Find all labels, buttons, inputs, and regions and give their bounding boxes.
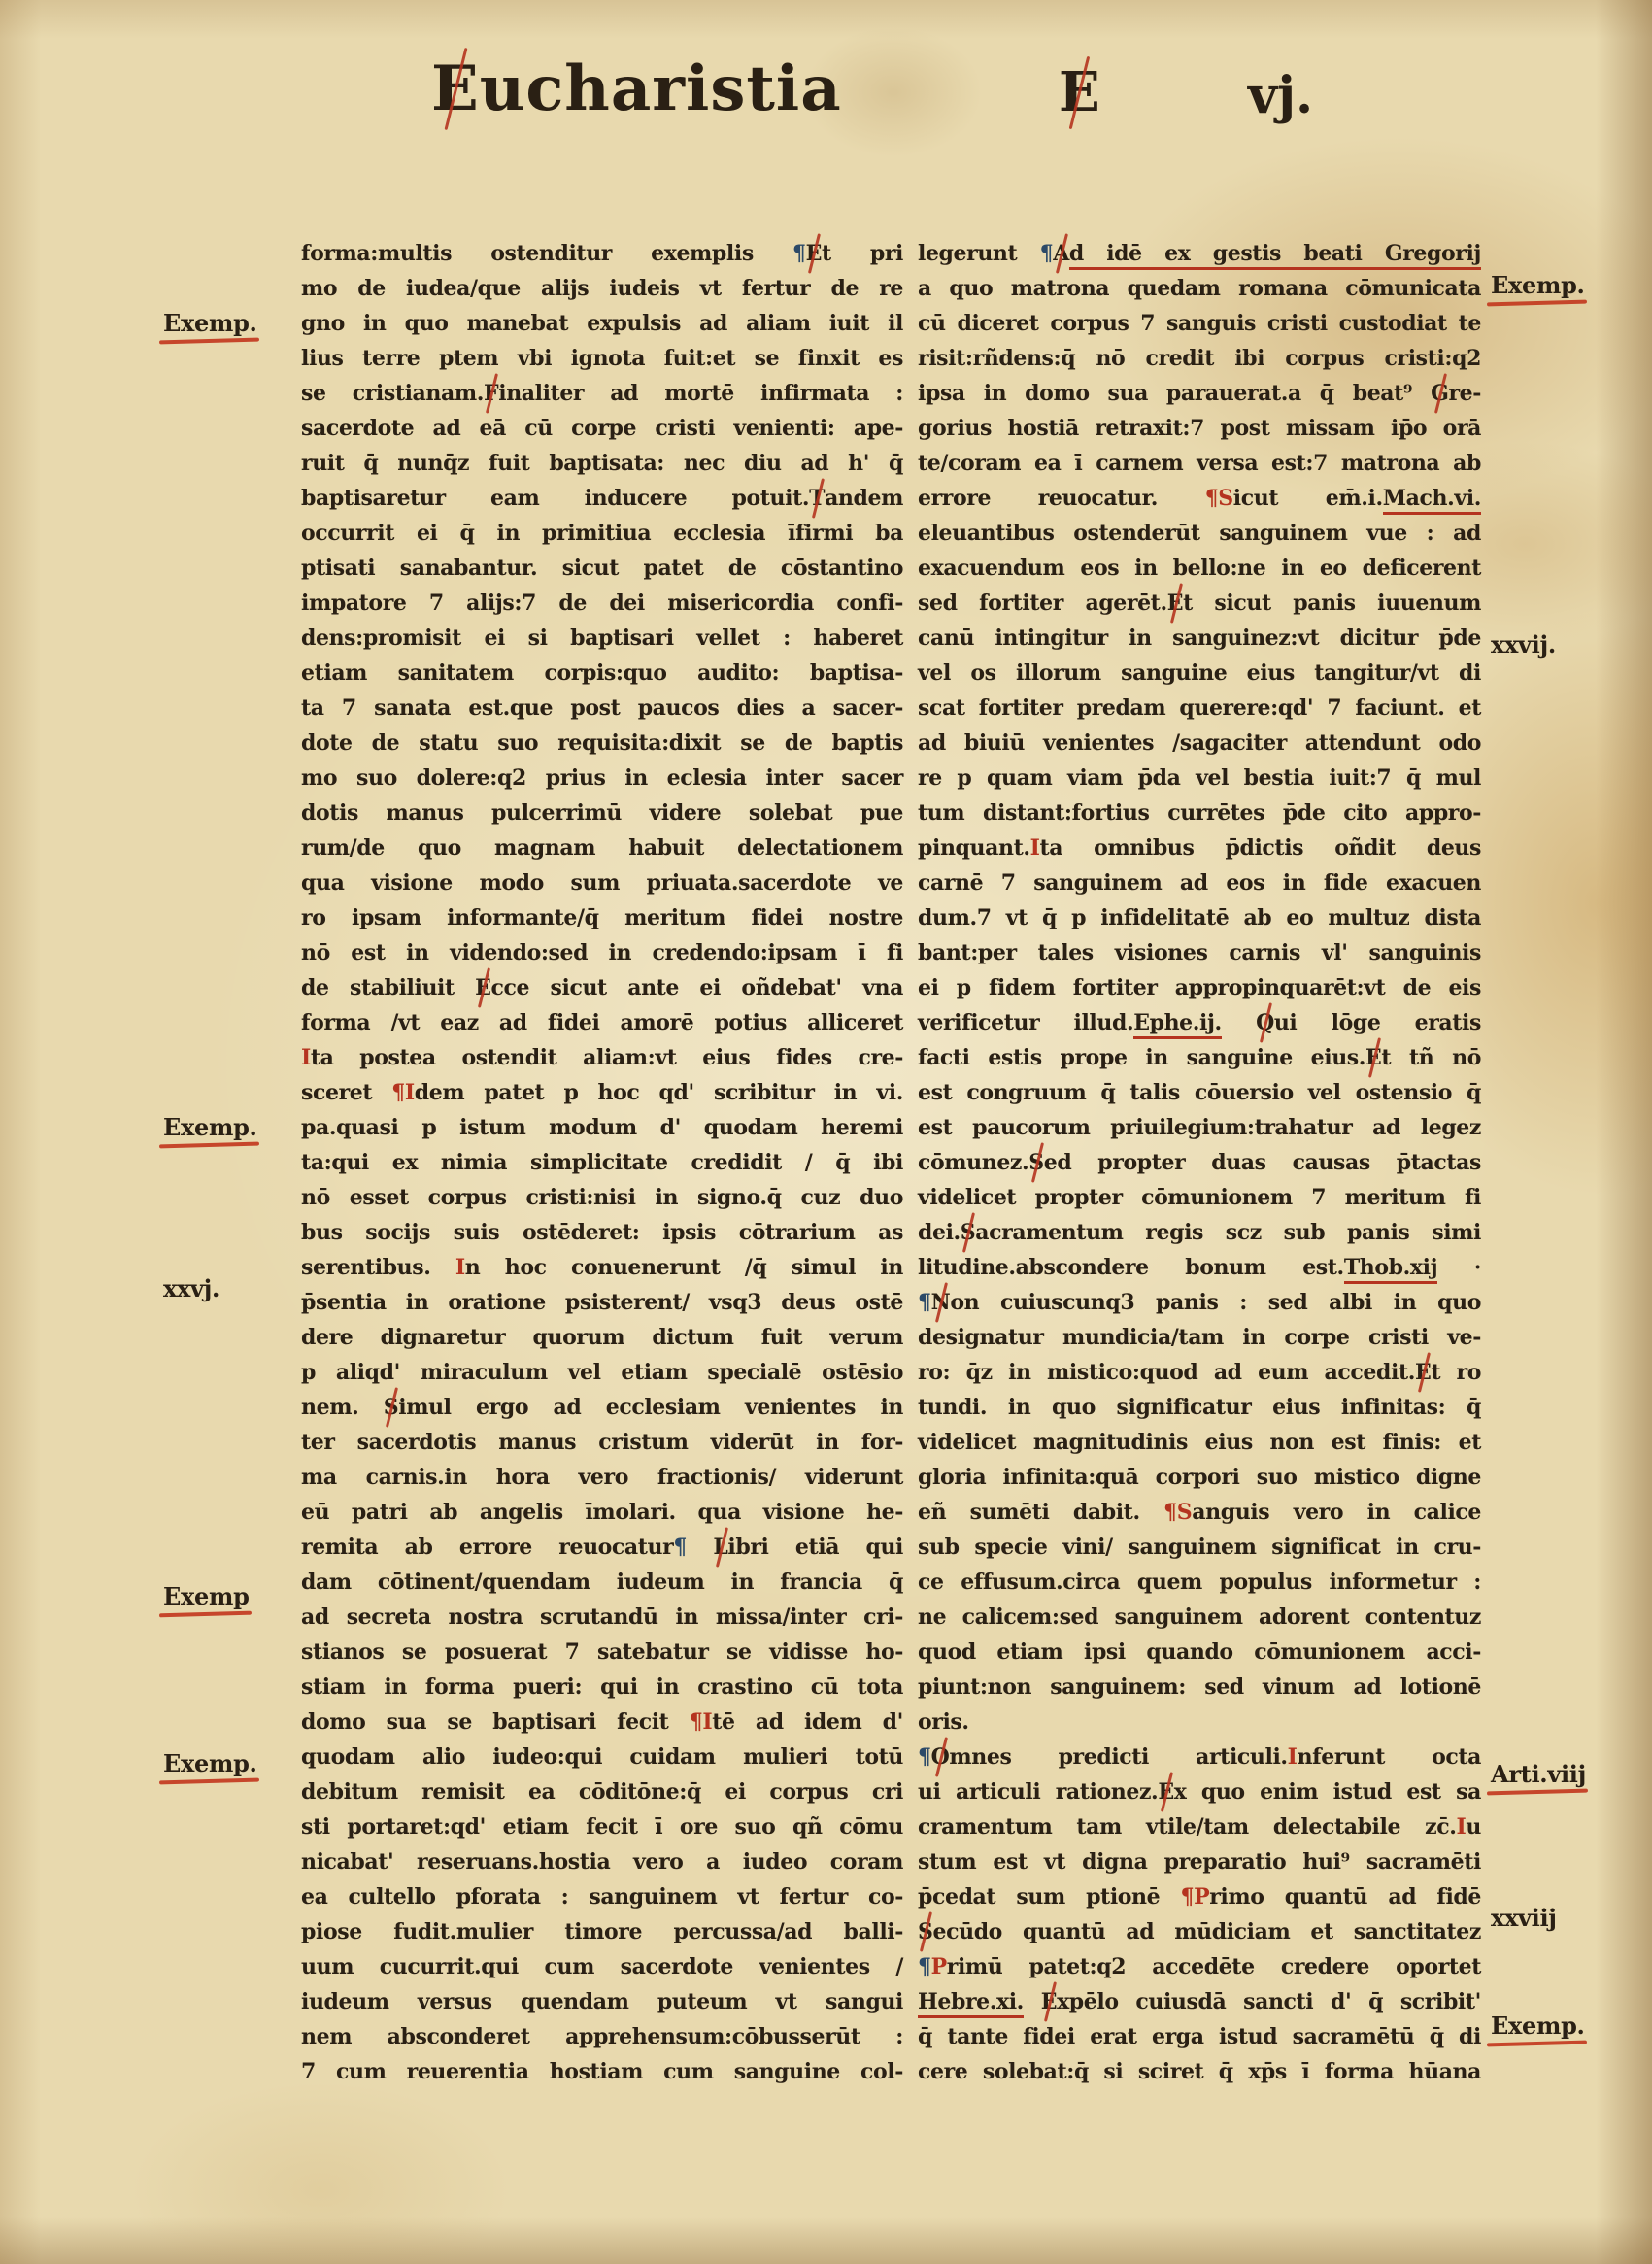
text-line: mo de iudea/que alijs iudeis vt fertur d… (301, 271, 903, 306)
text-segment: forma:multis ostenditur exemplis (301, 241, 792, 266)
text-line: sed fortiter agerēt.Et sicut panis iuuen… (918, 586, 1481, 621)
text-segment: andem (825, 486, 903, 511)
text-line: dam cōtinent/quendam iudeum in francia q… (301, 1565, 903, 1600)
text-segment: oris. (918, 1709, 969, 1735)
text-segment: errore reuocatur. (918, 486, 1205, 511)
text-segment: mo de iudea/que alijs iudeis vt fertur d… (301, 276, 903, 301)
text-segment: cere solebat:q̄ si sciret q̄ xp̄s ī form… (918, 2059, 1481, 2084)
text-segment: uum cucurrit.qui cum sacerdote venientes… (301, 1954, 903, 1979)
text-segment: vel os illorum sanguine eius tangitur/vt… (918, 660, 1481, 686)
text-line: a quo matrona quedam romana cōmunicata (918, 271, 1481, 306)
text-segment: remita ab errore reuocatur (301, 1535, 673, 1560)
text-segment: t tñ nō (1381, 1045, 1481, 1070)
text-segment: p aliqd' miraculum vel etiam specialē os… (301, 1360, 903, 1385)
rubricated-text: O (931, 1740, 950, 1774)
text-segment: ro: q̄z in mistico:quod ad eum accedit. (918, 1360, 1415, 1385)
text-segment: ui lōge eratis (1274, 1010, 1481, 1035)
text-segment: ne calicem:sed sanguinem adorent content… (918, 1605, 1481, 1630)
text-line: nō esset corpus cristi:nisi in signo.q̄ … (301, 1180, 903, 1215)
running-title-text: ucharistia (480, 52, 842, 125)
text-line: occurrit ei q̄ in primitiua ecclesia īfi… (301, 516, 903, 551)
text-line: sceret ¶Idem patet p hoc qd' scribitur i… (301, 1075, 903, 1110)
text-line: te/coram ea ī carnem versa est:7 matrona… (918, 446, 1481, 481)
text-line: serentibus. In hoc conuenerunt /q̄ simul… (301, 1250, 903, 1285)
text-line: sub specie vini/ sanguinem significat in… (918, 1530, 1481, 1565)
text-segment: re p quam viam p̄da vel bestia iuit:7 q̄… (918, 765, 1481, 791)
margin-note-label: Exemp (163, 1582, 250, 1611)
text-segment: legerunt (918, 241, 1040, 266)
rubricated-text: A (1053, 236, 1069, 271)
text-line: domo sua se baptisari fecit ¶Itē ad idem… (301, 1705, 903, 1740)
text-segment: bant:per tales visiones carnis vl' sangu… (918, 940, 1481, 965)
text-line: sacerdote ad eā cū corpe cristi venienti… (301, 411, 903, 446)
text-line: carnē 7 sanguinem ad eos in fide exacuen (918, 865, 1481, 900)
text-line: re p quam viam p̄da vel bestia iuit:7 q̄… (918, 760, 1481, 795)
text-segment: cce sicut ante ei oñdebat' vna (491, 975, 903, 1000)
text-line: dum.7 vt q̄ p infidelitatē ab eo multuz … (918, 900, 1481, 935)
text-line: dote de statu suo requisita:dixit se de … (301, 726, 903, 760)
text-line: stiam in forma pueri: qui in crastino cū… (301, 1670, 903, 1705)
text-segment: ta 7 sanata est.que post paucos dies a s… (301, 695, 903, 721)
rubricated-initial: E (1059, 60, 1100, 124)
text-line: est congruum q̄ talis cōuersio vel osten… (918, 1075, 1481, 1110)
text-line: ¶Non cuiuscunq3 panis : sed albi in quo (918, 1285, 1481, 1320)
rubricated-text: ¶ (918, 1954, 931, 1979)
text-line: legerunt ¶Ad idē ex gestis beati Gregori… (918, 236, 1481, 271)
text-segment: cōmunez. (918, 1150, 1028, 1175)
text-line: verificetur illud.Ephe.ij. Qui lōge erat… (918, 1005, 1481, 1040)
text-segment: sed fortiter agerēt. (918, 591, 1167, 616)
text-segment: sacerdote ad eā cū corpe cristi venienti… (301, 416, 903, 441)
text-segment: q̄ tante fidei erat erga istud sacramētū… (918, 2024, 1481, 2049)
text-segment: dotis manus pulcerrimū videre solebat pu… (301, 800, 903, 826)
text-segment: eleuantibus ostenderūt sanguinem vue : a… (918, 521, 1481, 546)
text-segment: n hoc conuenerunt /q̄ simul in (465, 1255, 903, 1280)
text-segment: quodam alio iudeo:qui cuidam mulieri tot… (301, 1744, 903, 1770)
text-segment: iudeum versus quendam puteum vt sangui (301, 1989, 903, 2014)
rubricated-text: ¶I (690, 1709, 713, 1735)
rubricated-text: S (918, 1914, 933, 1949)
text-segment (1222, 1010, 1256, 1035)
text-line: exacuendum eos in bello:ne in eo deficer… (918, 551, 1481, 586)
text-line: facti estis prope in sanguine eius.Et tñ… (918, 1040, 1481, 1075)
text-segment (687, 1535, 713, 1560)
text-line: piunt:non sanguinem: sed vinum ad lotion… (918, 1670, 1481, 1705)
text-segment: eū patri ab angelis īmolari. qua visione… (301, 1500, 903, 1525)
text-segment: scat fortiter predam querere:qd' 7 faciu… (918, 695, 1481, 721)
text-segment: te/coram ea ī carnem versa est:7 matrona… (918, 451, 1481, 476)
text-segment: mnes predicti articuli. (949, 1744, 1287, 1770)
text-line: quodam alio iudeo:qui cuidam mulieri tot… (301, 1740, 903, 1774)
text-line: ne calicem:sed sanguinem adorent content… (918, 1600, 1481, 1635)
text-segment: ter sacerdotis manus cristum viderūt in … (301, 1430, 903, 1455)
text-line: ptisati sanabantur. sicut patet de cōsta… (301, 551, 903, 586)
text-line: eleuantibus ostenderūt sanguinem vue : a… (918, 516, 1481, 551)
rubricated-text: ¶ (1040, 241, 1054, 266)
text-line: ro ipsam informante/q̄ meritum fidei nos… (301, 900, 903, 935)
text-segment: ce effusum.circa quem populus informetur… (918, 1570, 1481, 1595)
text-line: ruit q̄ nunq̄z fuit baptisata: nec diu a… (301, 446, 903, 481)
rubricated-text: E (1365, 1040, 1381, 1075)
rubricated-text: E (806, 236, 822, 271)
text-segment: t ro (1431, 1360, 1481, 1385)
folio-number: vj. (1248, 66, 1313, 125)
text-segment: lius terre ptem vbi ignota fuit:et se fi… (301, 346, 903, 371)
text-line: forma:multis ostenditur exemplis ¶Et pri (301, 236, 903, 271)
margin-note-label: Exemp. (163, 309, 257, 338)
text-segment: dens:promisit ei si baptisari vellet : h… (301, 625, 903, 651)
text-segment: est paucorum priuilegium:trahatur ad leg… (918, 1115, 1481, 1140)
text-segment: ta:qui ex nimia simplicitate credidit / … (301, 1150, 903, 1175)
text-segment: videlicet propter cōmunionem 7 meritum f… (918, 1185, 1481, 1210)
text-segment: piose fudit.mulier timore percussa/ad ba… (301, 1919, 903, 1944)
text-segment: p̄sentia in oratione psisterent/ vsq3 de… (301, 1290, 903, 1315)
rubricated-text: ¶ (792, 241, 806, 266)
text-segment: videlicet magnitudinis eius non est fini… (918, 1430, 1481, 1455)
text-line: forma /vt eaz ad fidei amorē potius alli… (301, 1005, 903, 1040)
text-segment: rum/de quo magnam habuit delectationem (301, 835, 903, 861)
margin-note: Exemp. (1491, 2011, 1585, 2041)
text-line: errore reuocatur. ¶Sicut em̄.i.Mach.vi. (918, 481, 1481, 516)
margin-note-label: xxvj. (163, 1274, 219, 1303)
text-line: risit:rñdens:q̄ nō credit ibi corpus cri… (918, 341, 1481, 376)
text-line: ad secreta nostra scrutandū in missa/int… (301, 1600, 903, 1635)
text-line: nem absconderet apprehensum:cōbusserūt : (301, 2019, 903, 2054)
text-segment: piunt:non sanguinem: sed vinum ad lotion… (918, 1674, 1481, 1700)
text-segment: rimū patet:q2 accedēte credere oportet (947, 1954, 1481, 1979)
text-segment: dem patet p hoc qd' scribitur in vi. (415, 1080, 903, 1105)
text-line: tum distant:fortius currētes p̄de cito a… (918, 795, 1481, 830)
text-segment: gno in quo manebat expulsis ad aliam iui… (301, 311, 903, 336)
margin-note-label: Exemp. (163, 1113, 257, 1142)
text-line: p aliqd' miraculum vel etiam specialē os… (301, 1355, 903, 1390)
text-segment: t pri (822, 241, 903, 266)
text-segment: a quo matrona quedam romana cōmunicata (918, 276, 1481, 301)
text-line: designatur mundicia/tam in corpe cristi … (918, 1320, 1481, 1355)
rubricated-text: I (1288, 1744, 1298, 1770)
text-line: dere dignaretur quorum dictum fuit verum (301, 1320, 903, 1355)
rubricated-text: ¶ (673, 1535, 687, 1560)
rubricated-text: I (455, 1255, 465, 1280)
text-segment: dote de statu suo requisita:dixit se de … (301, 730, 903, 756)
text-line: debitum remisit ea cōditōne:q̄ ei corpus… (301, 1774, 903, 1809)
text-segment: impatore 7 alijs:7 de dei misericordia c… (301, 591, 903, 616)
margin-note: Exemp (163, 1582, 250, 1611)
text-segment: imul ergo ad ecclesiam venientes in (398, 1395, 903, 1420)
text-segment: ui articuli rationez. (918, 1779, 1158, 1805)
text-line: stum est vt digna preparatio hui⁹ sacram… (918, 1844, 1481, 1879)
text-segment: ed propter duas causas p̄tactas (1044, 1150, 1481, 1175)
rubricated-text: ¶S (1163, 1500, 1192, 1525)
text-segment: nō esset corpus cristi:nisi in signo.q̄ … (301, 1185, 903, 1210)
text-line: iudeum versus quendam puteum vt sangui (301, 1984, 903, 2019)
margin-note-label: Exemp. (1491, 271, 1585, 300)
text-segment: tum distant:fortius currētes p̄de cito a… (918, 800, 1481, 826)
text-line: eū patri ab angelis īmolari. qua visione… (301, 1495, 903, 1530)
text-segment: ptisati sanabantur. sicut patet de cōsta… (301, 556, 903, 581)
text-line: bus socijs suis ostēderet: ipsis cōtrari… (301, 1215, 903, 1250)
text-segment: stianos se posuerat 7 satebatur se vidis… (301, 1639, 903, 1665)
text-segment: nem. (301, 1395, 384, 1420)
running-title: Eucharistia (431, 52, 842, 125)
text-line: gloria infinita:quā corpori suo mistico … (918, 1460, 1481, 1495)
margin-note: Arti.viij (1491, 1760, 1586, 1789)
rubricated-text: E (475, 970, 490, 1005)
text-line: Secūdo quantū ad mūdiciam et sanctitatez (918, 1914, 1481, 1949)
text-line: cū diceret corpus 7 sanguis cristi custo… (918, 306, 1481, 341)
rubricated-text: G (1431, 376, 1448, 411)
text-segment: ro ipsam informante/q̄ meritum fidei nos… (301, 905, 903, 930)
text-line: bant:per tales visiones carnis vl' sangu… (918, 935, 1481, 970)
text-segment: on cuiuscunq3 panis : sed albi in quo (950, 1290, 1481, 1315)
text-segment: mo suo dolere:q2 prius in eclesia inter … (301, 765, 903, 791)
text-segment: se cristianam. (301, 381, 484, 406)
text-line: oris. (918, 1705, 1481, 1740)
text-segment: re- (1448, 381, 1481, 406)
text-line: ad biuiū venientes /sagaciter attendunt … (918, 726, 1481, 760)
text-column-right: legerunt ¶Ad idē ex gestis beati Gregori… (918, 236, 1481, 2089)
text-segment: ta postea ostendit aliam:vt eius fides c… (311, 1045, 903, 1070)
text-segment: ipsa in domo sua parauerat.a q̄ beat⁹ (918, 381, 1431, 406)
text-segment: nicabat' reseruans.hostia vero a iudeo c… (301, 1849, 903, 1875)
text-segment: 7 cum reuerentia hostiam cum sanguine co… (301, 2059, 903, 2084)
text-segment: nferunt octa (1298, 1744, 1481, 1770)
margin-note: Exemp. (163, 1749, 257, 1778)
text-line: ui articuli rationez.Ex quo enim istud e… (918, 1774, 1481, 1809)
text-segment: ei p fidem fortiter appropinquarēt:vt de… (918, 975, 1481, 1000)
text-segment: dum.7 vt q̄ p infidelitatē ab eo multuz … (918, 905, 1481, 930)
text-segment: gloria infinita:quā corpori suo mistico … (918, 1465, 1481, 1490)
text-segment: Mach.vi. (1383, 486, 1481, 515)
text-segment: ma carnis.in hora vero fractionis/ vider… (301, 1465, 903, 1490)
text-line: ro: q̄z in mistico:quod ad eum accedit.E… (918, 1355, 1481, 1390)
text-line: impatore 7 alijs:7 de dei misericordia c… (301, 586, 903, 621)
margin-note: Exemp. (163, 309, 257, 338)
text-line: qua visione modo sum priuata.sacerdote v… (301, 865, 903, 900)
rubricated-text: L (713, 1530, 727, 1565)
text-line: remita ab errore reuocatur¶ Libri etiā q… (301, 1530, 903, 1565)
text-line: ¶Omnes predicti articuli.Inferunt octa (918, 1740, 1481, 1774)
margin-note-label: Exemp. (1491, 2011, 1585, 2041)
rubricated-text: E (1415, 1355, 1431, 1390)
quire-letter: E (1059, 60, 1100, 124)
text-line: 7 cum reuerentia hostiam cum sanguine co… (301, 2054, 903, 2089)
text-segment: d idē ex gestis beati (1069, 241, 1385, 270)
rubricated-text: ¶P (1180, 1884, 1209, 1909)
rubricated-text: E (1158, 1774, 1173, 1809)
text-segment: occurrit ei q̄ in primitiua ecclesia īfi… (301, 521, 903, 546)
text-segment: tundi. in quo significatur eius infinita… (918, 1395, 1481, 1420)
margin-note-label: Arti.viij (1491, 1760, 1586, 1789)
text-segment: debitum remisit ea cōditōne:q̄ ei corpus… (301, 1779, 903, 1805)
text-line: lius terre ptem vbi ignota fuit:et se fi… (301, 341, 903, 376)
text-line: ter sacerdotis manus cristum viderūt in … (301, 1425, 903, 1460)
text-segment: etiam sanitatem corpis:quo audito: bapti… (301, 660, 903, 686)
text-segment: sti portaret:qd' etiam fecit ī ore suo q… (301, 1814, 903, 1840)
rubricated-text: ¶ (918, 1290, 931, 1315)
text-line: Hebre.xi. Expēlo cuiusdā sancti d' q̄ sc… (918, 1984, 1481, 2019)
text-line: baptisaretur eam inducere potuit.Tandem (301, 481, 903, 516)
text-segment: facti estis prope in sanguine eius. (918, 1045, 1365, 1070)
text-line: videlicet magnitudinis eius non est fini… (918, 1425, 1481, 1460)
text-line: cōmunez.Sed propter duas causas p̄tactas (918, 1145, 1481, 1180)
text-line: dotis manus pulcerrimū videre solebat pu… (301, 795, 903, 830)
text-segment: t sicut panis iuuenum (1183, 591, 1481, 616)
text-segment: carnē 7 sanguinem ad eos in fide exacuen (918, 870, 1481, 895)
rubricated-text: F (484, 376, 498, 411)
rubricated-text: I (301, 1045, 311, 1070)
text-segment: sceret (301, 1080, 391, 1105)
text-line: uum cucurrit.qui cum sacerdote venientes… (301, 1949, 903, 1984)
text-line: ¶Primū patet:q2 accedēte credere oportet (918, 1949, 1481, 1984)
text-segment: est congruum q̄ talis cōuersio vel osten… (918, 1080, 1481, 1105)
text-column-left: forma:multis ostenditur exemplis ¶Et pri… (301, 236, 903, 2089)
margin-note: xxvij. (1491, 630, 1556, 659)
text-line: mo suo dolere:q2 prius in eclesia inter … (301, 760, 903, 795)
text-line: Ita postea ostendit aliam:vt eius fides … (301, 1040, 903, 1075)
rubricated-text: I (1030, 835, 1040, 861)
text-segment: Hebre.xi. (918, 1989, 1024, 2018)
text-line: ma carnis.in hora vero fractionis/ vider… (301, 1460, 903, 1495)
text-line: dens:promisit ei si baptisari vellet : h… (301, 621, 903, 656)
text-segment: cramentum tam vtile/tam delectabile zc̄. (918, 1814, 1456, 1840)
text-line: cere solebat:q̄ si sciret q̄ xp̄s ī form… (918, 2054, 1481, 2089)
rubricated-text: ¶ (918, 1744, 931, 1770)
text-segment: de stabiliuit (301, 975, 475, 1000)
text-segment: eñ sumēti dabit. (918, 1500, 1163, 1525)
text-line: cramentum tam vtile/tam delectabile zc̄.… (918, 1809, 1481, 1844)
text-segment: ecūdo quantū ad mūdiciam et sanctitatez (933, 1919, 1482, 1944)
text-segment: dei. (918, 1220, 961, 1245)
text-line: sti portaret:qd' etiam fecit ī ore suo q… (301, 1809, 903, 1844)
text-segment: domo sua se baptisari fecit (301, 1709, 690, 1735)
text-line: de stabiliuit Ecce sicut ante ei oñdebat… (301, 970, 903, 1005)
text-segment: cū diceret corpus 7 sanguis cristi custo… (918, 311, 1481, 336)
text-line: litudine.abscondere bonum est.Thob.xij · (918, 1250, 1481, 1285)
text-line: nicabat' reseruans.hostia vero a iudeo c… (301, 1844, 903, 1879)
text-line: gorius hostiā retraxit:7 post missam ip̄… (918, 411, 1481, 446)
text-line: se cristianam.Finaliter ad mortē infirma… (301, 376, 903, 411)
text-line: pinquant.Ita omnibus p̄dictis oñdit deus (918, 830, 1481, 865)
text-segment: Ephe.ij. (1133, 1010, 1222, 1039)
text-line: pa.quasi p istum modum d' quodam heremi (301, 1110, 903, 1145)
rubricated-text: I (1456, 1814, 1466, 1840)
text-line: etiam sanitatem corpis:quo audito: bapti… (301, 656, 903, 691)
rubricated-text: E (1167, 586, 1183, 621)
rubricated-text: S (1028, 1145, 1044, 1180)
text-segment: forma /vt eaz ad fidei amorē potius alli… (301, 1010, 903, 1035)
text-segment: ea cultello pforata : sanguinem vt fertu… (301, 1884, 903, 1909)
text-line: piose fudit.mulier timore percussa/ad ba… (301, 1914, 903, 1949)
text-segment: pinquant. (918, 835, 1030, 861)
rubricated-text: Thob.xij (1344, 1255, 1437, 1284)
rubricated-text: ¶S (1205, 486, 1233, 511)
margin-note-label: xxviij (1491, 1904, 1557, 1933)
text-segment: qua visione modo sum priuata.sacerdote v… (301, 870, 903, 895)
text-segment: · (1437, 1255, 1481, 1280)
rubricated-text: P (931, 1954, 947, 1979)
rubricated-text: S (961, 1215, 976, 1250)
margin-note-label: Exemp. (163, 1749, 257, 1778)
text-segment: sub specie vini/ sanguinem significat in… (918, 1535, 1481, 1560)
text-line: ta:qui ex nimia simplicitate credidit / … (301, 1145, 903, 1180)
text-segment: xpēlo cuiusdā sancti d' q̄ scribit' (1057, 1989, 1481, 2014)
text-line: gno in quo manebat expulsis ad aliam iui… (301, 306, 903, 341)
rubricated-initial: E (431, 52, 480, 125)
text-segment: u (1466, 1814, 1481, 1840)
text-segment: gorius hostiā retraxit:7 post missam ip̄… (918, 416, 1481, 441)
text-line: nem. Simul ergo ad ecclesiam venientes i… (301, 1390, 903, 1425)
text-segment: stum est vt digna preparatio hui⁹ sacram… (918, 1849, 1481, 1875)
text-segment: ibri etiā qui (727, 1535, 903, 1560)
text-segment: rimo quantū ad fidē (1209, 1884, 1481, 1909)
text-line: scat fortiter predam querere:qd' 7 faciu… (918, 691, 1481, 726)
text-segment: dere dignaretur quorum dictum fuit verum (301, 1325, 903, 1350)
text-segment: nem absconderet apprehensum:cōbusserūt : (301, 2024, 903, 2049)
text-line: ce effusum.circa quem populus informetur… (918, 1565, 1481, 1600)
text-line: q̄ tante fidei erat erga istud sacramētū… (918, 2019, 1481, 2054)
text-line: nō est in videndo:sed in credendo:ipsam … (301, 935, 903, 970)
rubricated-text: ¶I (391, 1080, 415, 1105)
text-segment: bus socijs suis ostēderet: ipsis cōtrari… (301, 1220, 903, 1245)
text-segment: stiam in forma pueri: qui in crastino cū… (301, 1674, 903, 1700)
text-line: videlicet propter cōmunionem 7 meritum f… (918, 1180, 1481, 1215)
text-segment: designatur mundicia/tam in corpe cristi … (918, 1325, 1481, 1350)
text-segment: tē ad idem d' (712, 1709, 903, 1735)
margin-note: xxvj. (163, 1274, 219, 1303)
text-line: p̄sentia in oratione psisterent/ vsq3 de… (301, 1285, 903, 1320)
margin-note: Exemp. (163, 1113, 257, 1142)
text-line: stianos se posuerat 7 satebatur se vidis… (301, 1635, 903, 1670)
text-segment: nō est in videndo:sed in credendo:ipsam … (301, 940, 903, 965)
rubricated-text: N (931, 1285, 951, 1320)
text-segment: verificetur illud. (918, 1010, 1133, 1035)
margin-note: xxviij (1491, 1904, 1557, 1933)
text-segment: dam cōtinent/quendam iudeum in francia q… (301, 1570, 903, 1595)
text-segment: anguis vero in calice (1192, 1500, 1481, 1525)
text-line: vel os illorum sanguine eius tangitur/vt… (918, 656, 1481, 691)
text-line: dei.Sacramentum regis scz sub panis simi (918, 1215, 1481, 1250)
text-line: canū intingitur in sanguinez:vt dicitur … (918, 621, 1481, 656)
text-segment: pa.quasi p istum modum d' quodam heremi (301, 1115, 903, 1140)
text-line: ta 7 sanata est.que post paucos dies a s… (301, 691, 903, 726)
text-line: eñ sumēti dabit. ¶Sanguis vero in calice (918, 1495, 1481, 1530)
rubricated-text: Q (1256, 1005, 1274, 1040)
margin-note-label: xxvij. (1491, 630, 1556, 659)
text-segment: Gregorij (1385, 241, 1481, 270)
text-segment: ad biuiū venientes /sagaciter attendunt … (918, 730, 1481, 756)
text-line: quod etiam ipsi quando cōmunionem acci- (918, 1635, 1481, 1670)
text-segment: baptisaretur eam inducere potuit. (301, 486, 809, 511)
text-segment: x quo enim istud est sa (1174, 1779, 1481, 1805)
text-segment: litudine.abscondere bonum est. (918, 1255, 1344, 1280)
rubricated-text: E (1041, 1984, 1057, 2019)
text-line: tundi. in quo significatur eius infinita… (918, 1390, 1481, 1425)
text-segment: ruit q̄ nunq̄z fuit baptisata: nec diu a… (301, 451, 903, 476)
text-segment: icut em̄.i. (1233, 486, 1383, 511)
text-segment: ad secreta nostra scrutandū in missa/int… (301, 1605, 903, 1630)
text-line: ea cultello pforata : sanguinem vt fertu… (301, 1879, 903, 1914)
text-line: ei p fidem fortiter appropinquarēt:vt de… (918, 970, 1481, 1005)
text-segment: serentibus. (301, 1255, 455, 1280)
text-segment (1024, 1989, 1041, 2014)
text-segment: acramentum regis scz sub panis simi (975, 1220, 1481, 1245)
text-line: rum/de quo magnam habuit delectationem (301, 830, 903, 865)
rubricated-text: T (809, 481, 825, 516)
text-segment: p̄cedat sum ptionē (918, 1884, 1180, 1909)
text-line: p̄cedat sum ptionē ¶Primo quantū ad fidē (918, 1879, 1481, 1914)
text-segment: risit:rñdens:q̄ nō credit ibi corpus cri… (918, 346, 1481, 371)
